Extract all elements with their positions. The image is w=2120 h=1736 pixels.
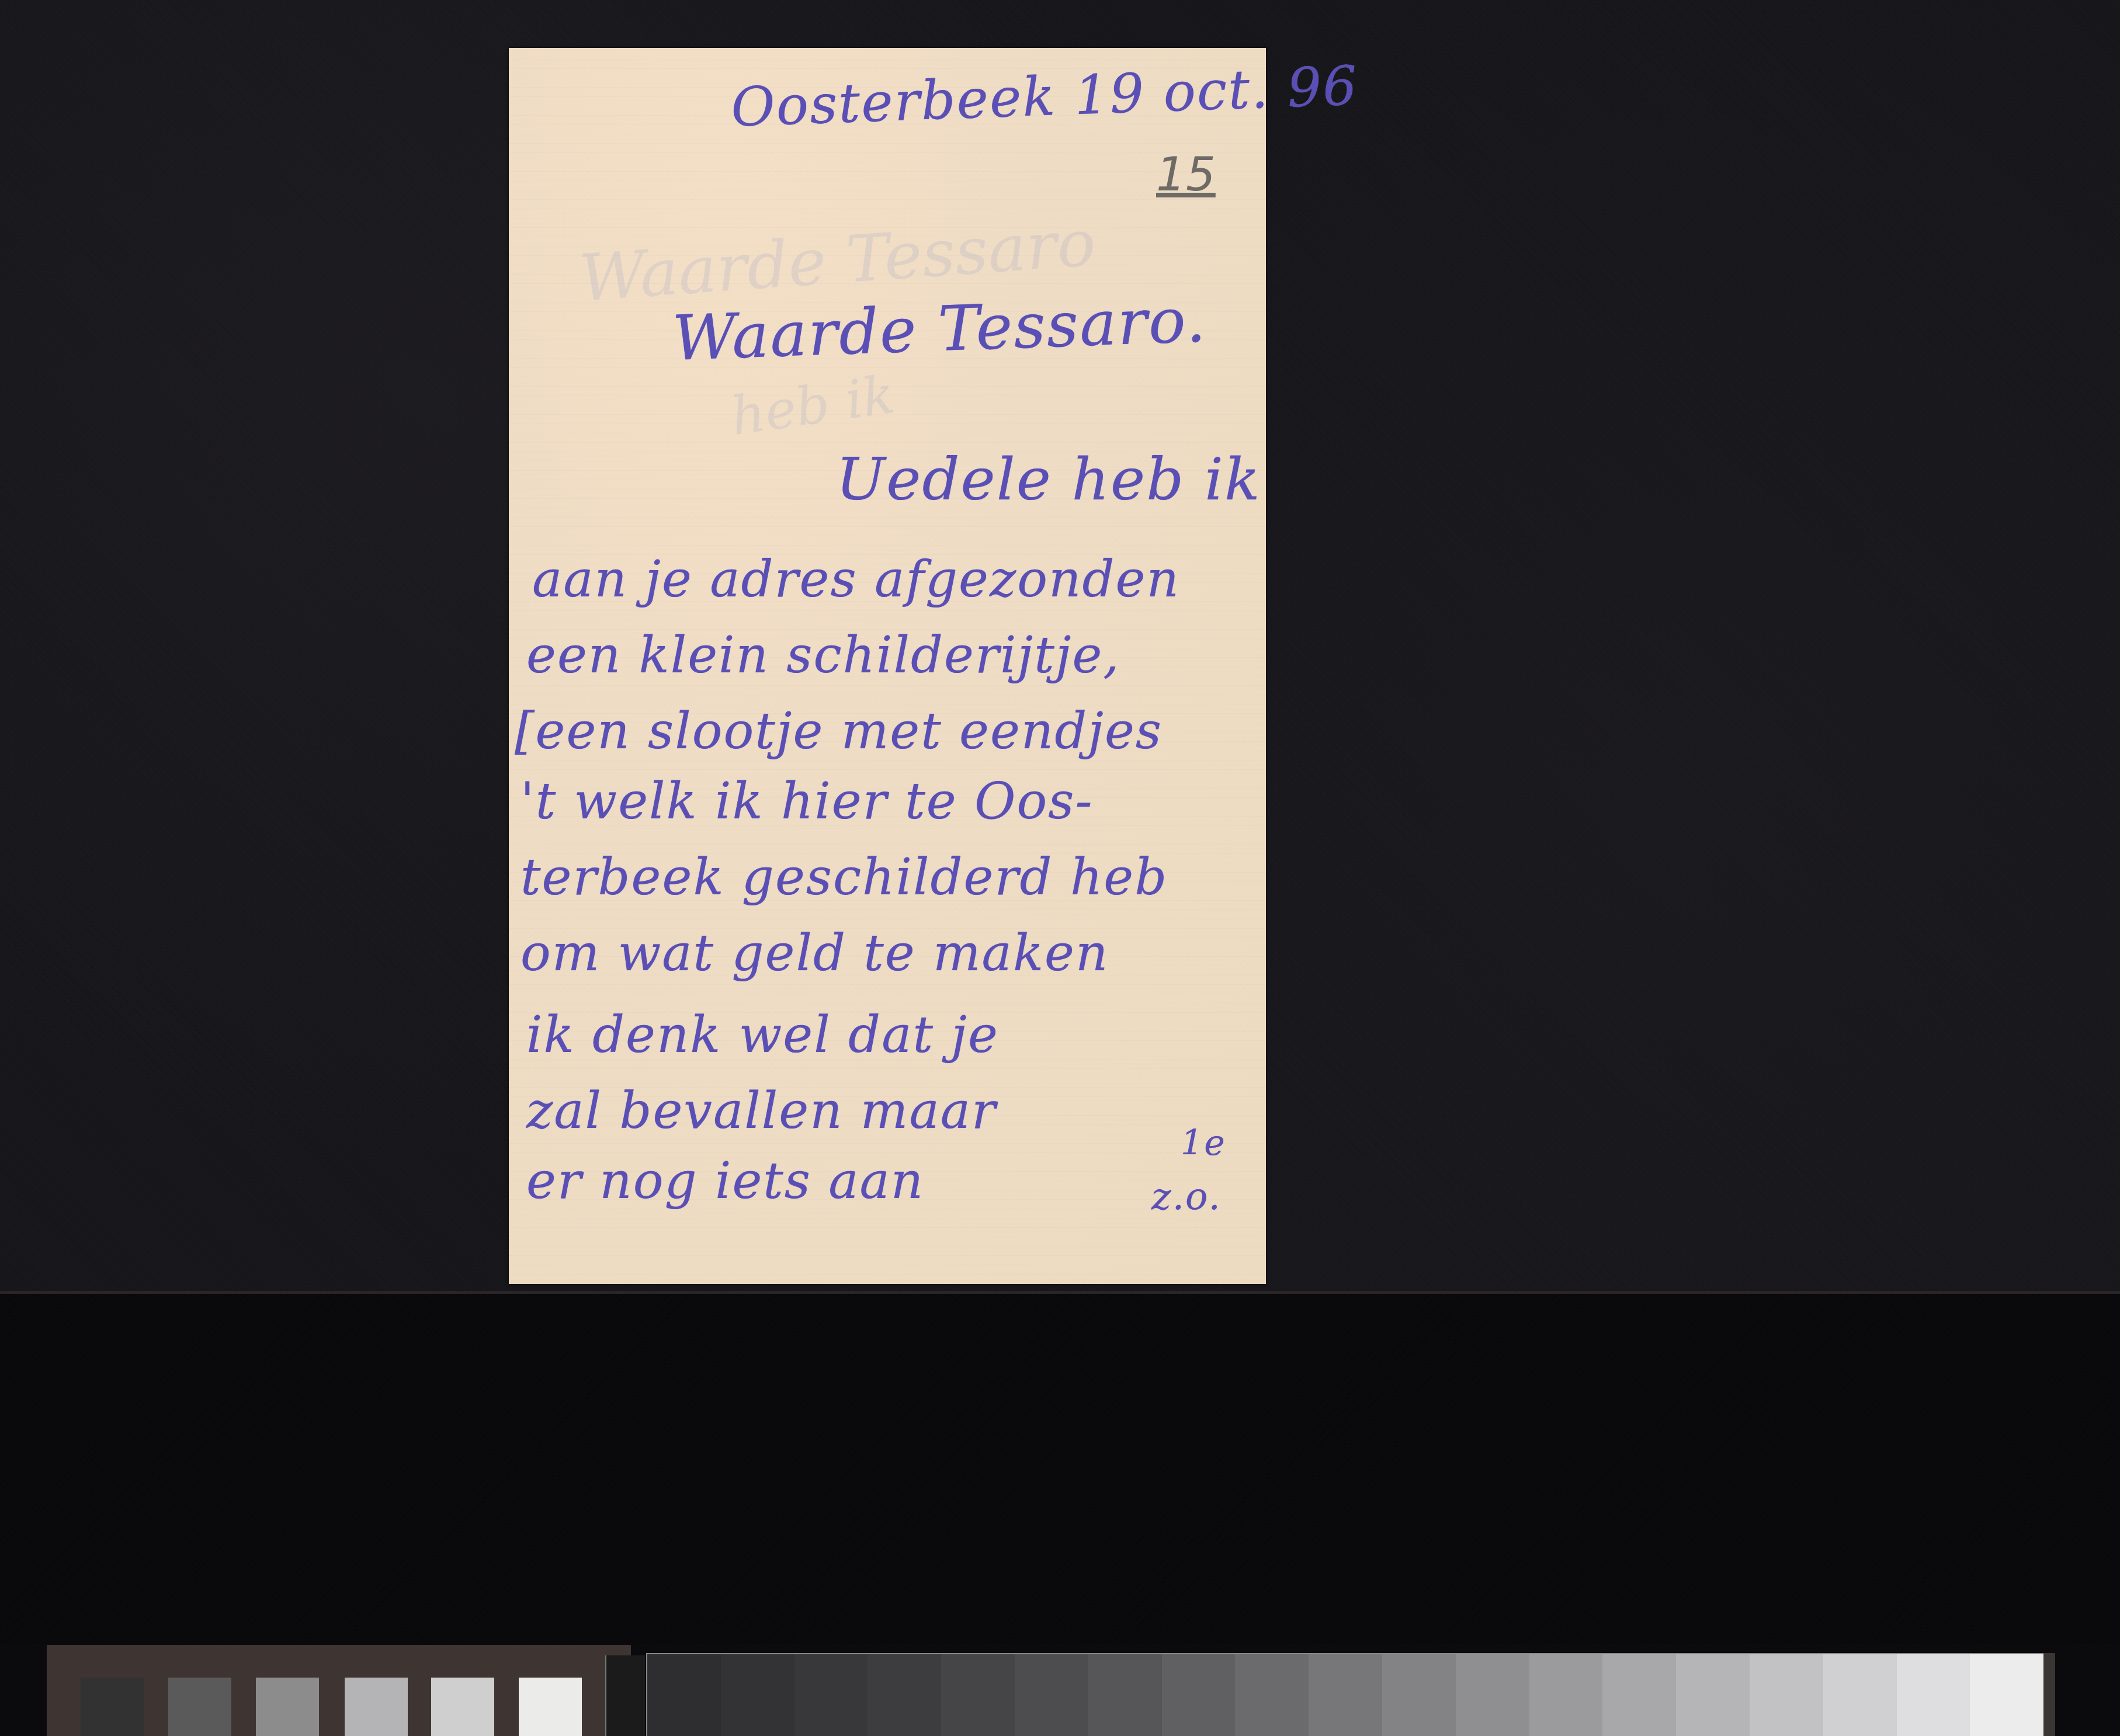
gray-patch-5 [431, 1678, 494, 1736]
gray-step-9 [1235, 1654, 1309, 1736]
gray-step-19 [1970, 1654, 2043, 1736]
black-velvet-lower-background [0, 1294, 2120, 1644]
body-line-2: aan je adres afgezonden [532, 550, 1180, 609]
gray-step-3 [794, 1654, 868, 1736]
gray-step-6 [1015, 1654, 1088, 1736]
gray-wedge-frame [2043, 1653, 2055, 1736]
archive-number: 15 [1156, 147, 1216, 202]
body-line-1: Uedele heb ik [836, 445, 1261, 513]
page-number-mark: 1e [1181, 1123, 1226, 1164]
black-reference-tab [605, 1655, 645, 1736]
gray-patch-3 [256, 1678, 319, 1736]
letter-page: Waarde Tessaro heb ik Oosterbeek 19 oct.… [509, 48, 1266, 1284]
gray-step-2 [721, 1654, 794, 1736]
gray-step-13 [1529, 1654, 1603, 1736]
gray-patch-1 [81, 1678, 144, 1736]
gray-step-1 [647, 1654, 721, 1736]
place-date-line: Oosterbeek 19 oct. 96 [730, 54, 1359, 138]
gray-step-14 [1602, 1654, 1676, 1736]
gray-patch-6 [519, 1678, 582, 1736]
gray-step-11 [1382, 1654, 1456, 1736]
body-line-7: om wat geld te maken [521, 924, 1109, 982]
gray-patch-4 [345, 1678, 408, 1736]
body-line-4: [een slootje met eendjes [515, 702, 1163, 761]
continuation-mark: z.o. [1151, 1175, 1222, 1218]
gray-step-15 [1676, 1654, 1750, 1736]
body-line-5: 't welk ik hier te Oos- [521, 772, 1093, 831]
body-line-3: een klein schilderijtje, [526, 626, 1120, 685]
gray-step-4 [868, 1654, 941, 1736]
body-line-8: ik denk wel dat je [526, 1006, 999, 1064]
gray-step-5 [941, 1654, 1015, 1736]
body-line-6: terbeek geschilderd heb [521, 848, 1168, 907]
gray-step-10 [1309, 1654, 1382, 1736]
gray-step-12 [1456, 1654, 1529, 1736]
gray-step-16 [1750, 1654, 1823, 1736]
gray-step-7 [1088, 1654, 1162, 1736]
body-line-10: er nog iets aan [526, 1152, 924, 1210]
color-calibration-strip [47, 1645, 631, 1736]
bleed-through-text: heb ik [727, 364, 898, 447]
gray-step-18 [1897, 1654, 1970, 1736]
gray-patch-2 [168, 1678, 231, 1736]
gray-step-wedge [646, 1653, 2043, 1736]
gray-step-17 [1823, 1654, 1897, 1736]
body-line-9: zal bevallen maar [526, 1082, 997, 1140]
gray-step-8 [1162, 1654, 1236, 1736]
